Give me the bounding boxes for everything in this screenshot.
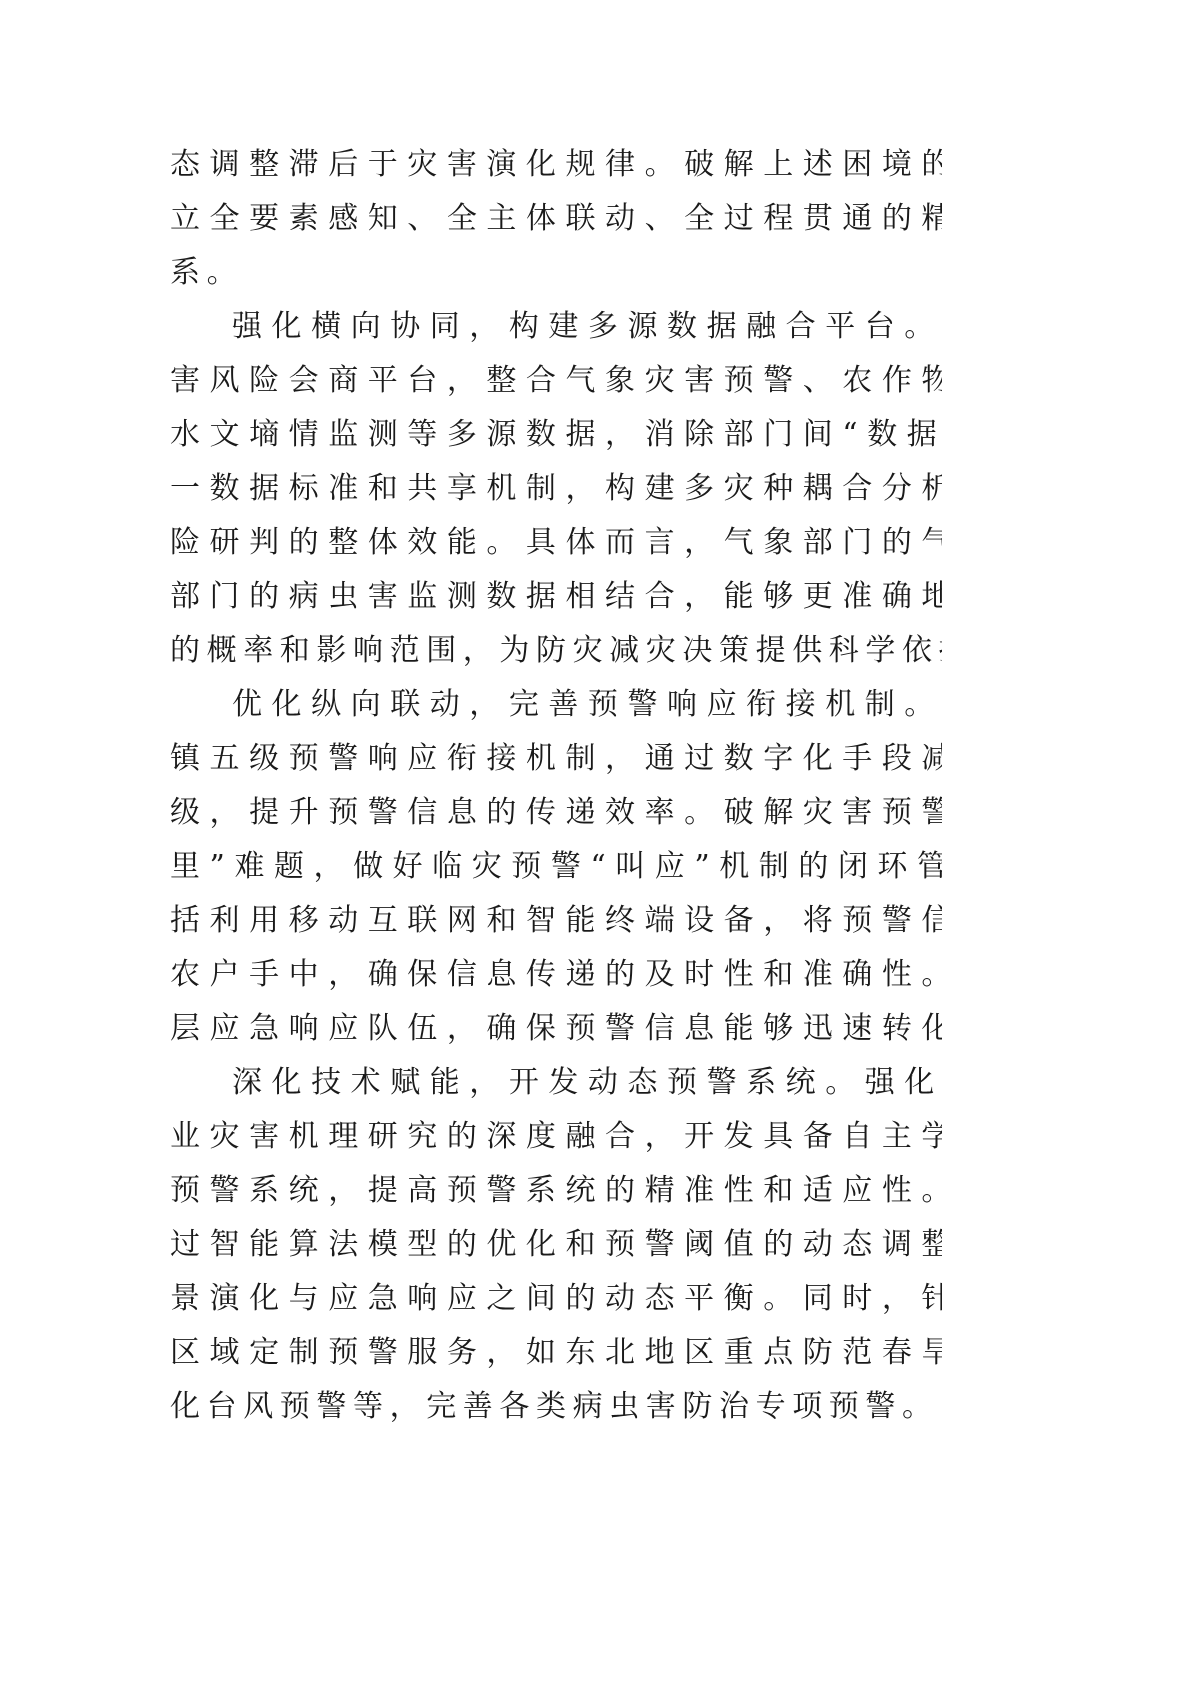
text-line: 立 全 要 素 感 知 、 全 主 体 联 动 、 全 过 程 贯 通 的 精 … bbox=[170, 192, 942, 246]
text-line: 一 数 据 标 准 和 共 享 机 制 ， 构 建 多 灾 种 耦 合 分 析 … bbox=[170, 462, 942, 516]
text-line: 害 风 险 会 商 平 台 ， 整 合 气 象 灾 害 预 警 、 农 作 物 … bbox=[170, 354, 942, 408]
text-line: 农 户 手 中 ， 确 保 信 息 传 递 的 及 时 性 和 准 确 性 。 … bbox=[170, 948, 942, 1002]
text-line: 部 门 的 病 虫 害 监 测 数 据 相 结 合 ， 能 够 更 准 确 地 … bbox=[170, 570, 942, 624]
text-line: 险 研 判 的 整 体 效 能 。 具 体 而 言 ， 气 象 部 门 的 气 … bbox=[170, 516, 942, 570]
paragraph-3: 优 化 纵 向 联 动 ， 完 善 预 警 响 应 衔 接 机 制 。 完 善 … bbox=[170, 678, 942, 1056]
body-text: 态 调 整 滞 后 于 灾 害 演 化 规 律 。 破 解 上 述 困 境 的 … bbox=[170, 138, 942, 1434]
text-line: 业 灾 害 机 理 研 究 的 深 度 融 合 ， 开 发 具 备 自 主 学 … bbox=[170, 1110, 942, 1164]
text-line: 层 应 急 响 应 队 伍 ， 确 保 预 警 信 息 能 够 迅 速 转 化 … bbox=[170, 1002, 942, 1056]
document-page: 态 调 整 滞 后 于 灾 害 演 化 规 律 。 破 解 上 述 困 境 的 … bbox=[0, 0, 1190, 1683]
text-line: 强 化 横 向 协 同 ， 构 建 多 源 数 据 融 合 平 台 。 建 立 … bbox=[170, 300, 942, 354]
text-line: 过 智 能 算 法 模 型 的 优 化 和 预 警 阈 值 的 动 态 调 整 … bbox=[170, 1218, 942, 1272]
text-line: 预 警 系 统 ， 提 高 预 警 系 统 的 精 准 性 和 适 应 性 。 … bbox=[170, 1164, 942, 1218]
paragraph-4: 深 化 技 术 赋 能 ， 开 发 动 态 预 警 系 统 。 强 化 人 工 … bbox=[170, 1056, 942, 1434]
paragraph-2: 强 化 横 向 协 同 ， 构 建 多 源 数 据 融 合 平 台 。 建 立 … bbox=[170, 300, 942, 678]
text-line: 深 化 技 术 赋 能 ， 开 发 动 态 预 警 系 统 。 强 化 人 工 … bbox=[170, 1056, 942, 1110]
text-line: 系。 bbox=[170, 246, 942, 300]
paragraph-1: 态 调 整 滞 后 于 灾 害 演 化 规 律 。 破 解 上 述 困 境 的 … bbox=[170, 138, 942, 300]
text-line: 景 演 化 与 应 急 响 应 之 间 的 动 态 平 衡 。 同 时 ， 针 … bbox=[170, 1272, 942, 1326]
text-line: 区 域 定 制 预 警 服 务 ， 如 东 北 地 区 重 点 防 范 春 旱 … bbox=[170, 1326, 942, 1380]
text-line: 括 利 用 移 动 互 联 网 和 智 能 终 端 设 备 ， 将 预 警 信 … bbox=[170, 894, 942, 948]
text-line: 镇 五 级 预 警 响 应 衔 接 机 制 ， 通 过 数 字 化 手 段 减 … bbox=[170, 732, 942, 786]
text-line: 级 ， 提 升 预 警 信 息 的 传 递 效 率 。 破 解 灾 害 预 警 … bbox=[170, 786, 942, 840]
text-line: 里 ” 难 题 ， 做 好 临 灾 预 警 “ 叫 应 ” 机 制 的 闭 环 … bbox=[170, 840, 942, 894]
text-line: 态 调 整 滞 后 于 灾 害 演 化 规 律 。 破 解 上 述 困 境 的 … bbox=[170, 138, 942, 192]
text-line: 的概率和影响范围，为防灾减灾决策提供科学依据。 bbox=[170, 624, 942, 678]
text-line: 化台风预警等，完善各类病虫害防治专项预警。 bbox=[170, 1380, 942, 1434]
text-line: 水 文 墒 情 监 测 等 多 源 数 据 ， 消 除 部 门 间 “ 数 据 … bbox=[170, 408, 942, 462]
text-line: 优 化 纵 向 联 动 ， 完 善 预 警 响 应 衔 接 机 制 。 完 善 … bbox=[170, 678, 942, 732]
